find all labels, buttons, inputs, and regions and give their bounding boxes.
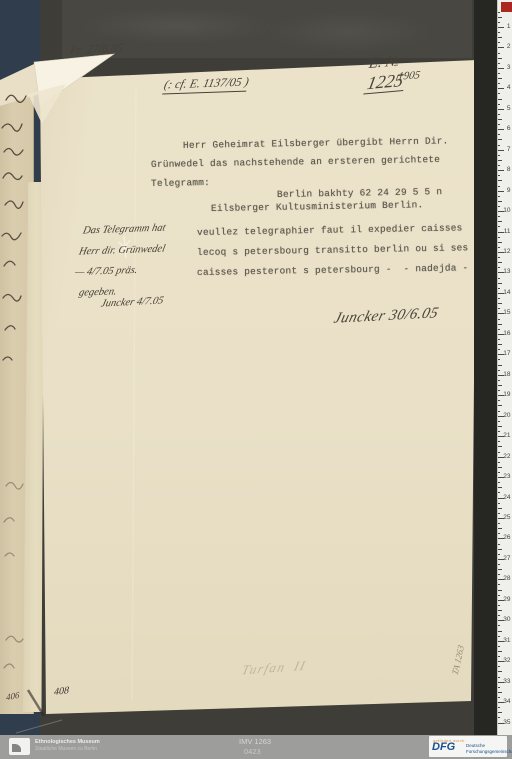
ruler-tick [498, 63, 500, 64]
ruler-tick [498, 124, 500, 125]
ruler-tick [498, 37, 502, 38]
ruler-number: 2 [507, 44, 511, 51]
footer-bar: Ethnologisches Museum Staatliche Museen … [0, 735, 512, 759]
ruler-tick [498, 717, 500, 718]
margin-note-line: gegeben. [78, 286, 118, 298]
ruler-tick [498, 405, 502, 406]
ruler-tick [498, 344, 502, 345]
ruler-tick [498, 677, 500, 678]
red-corner-marker [501, 2, 512, 12]
ruler-tick [498, 42, 500, 43]
ruler-tick [498, 22, 500, 23]
ruler-tick [498, 288, 500, 289]
ruler-tick [498, 697, 500, 698]
ruler-tick [498, 237, 500, 238]
ruler-tick [498, 421, 500, 422]
ruler-tick [498, 707, 500, 708]
ruler-tick [498, 544, 500, 545]
ruler-tick [498, 160, 502, 161]
ruler-tick [498, 595, 500, 596]
ruler-tick [498, 385, 502, 386]
ruler-number: 28 [503, 576, 510, 583]
ruler-tick [498, 339, 500, 340]
ruler-tick [498, 467, 502, 468]
ruler-tick [498, 370, 500, 371]
ruler-number: 27 [503, 556, 510, 563]
ruler-tick [498, 636, 500, 637]
ruler-tick [498, 380, 500, 381]
ruler-tick [498, 324, 502, 325]
ruler: cm 1234567891011121314151617181920212223… [497, 0, 512, 735]
ruler-number: 20 [503, 413, 510, 420]
ruler-tick [498, 426, 502, 427]
ruler-tick [498, 508, 502, 509]
ruler-number: 4 [507, 85, 511, 92]
received-date-note: Pr. 27/6.05 [69, 41, 125, 59]
page-number: 408 [54, 685, 69, 698]
institution-name: Ethnologisches Museum [35, 739, 100, 745]
ruler-tick [498, 441, 500, 442]
ruler-tick [498, 615, 500, 616]
ruler-tick [498, 365, 502, 366]
ruler-tick [498, 257, 500, 258]
ruler-number: 26 [503, 535, 510, 542]
ruler-number: 25 [503, 515, 510, 522]
ruler-tick [498, 513, 500, 514]
ruler-tick [498, 278, 500, 279]
ruler-tick [498, 114, 500, 115]
ruler-tick [498, 247, 500, 248]
dfg-org-name-line2: Forschungsgemeinschaft [466, 749, 512, 754]
document-page [0, 0, 512, 759]
ruler-number: 31 [503, 638, 510, 645]
ruler-number: 3 [507, 65, 511, 72]
ruler-tick [498, 99, 502, 100]
ruler-tick [498, 712, 502, 713]
ruler-tick [498, 17, 502, 18]
ruler-tick [498, 411, 500, 412]
ruler-tick [498, 554, 500, 555]
ruler-number: 16 [503, 331, 510, 338]
ruler-tick [498, 83, 500, 84]
ruler-number: 23 [503, 474, 510, 481]
ruler-tick [498, 53, 500, 54]
dfg-logo: gefördert durch DFG Deutsche Forschungsg… [429, 736, 507, 757]
ruler-tick [498, 319, 500, 320]
ruler-tick [498, 308, 500, 309]
ruler-tick [498, 390, 500, 391]
ruler-tick [498, 88, 504, 89]
ruler-tick [498, 73, 500, 74]
ruler-tick [498, 671, 502, 672]
ruler-number: 7 [507, 147, 511, 154]
ruler-tick [498, 93, 500, 94]
ruler-number: 9 [507, 188, 511, 195]
ruler-tick [498, 206, 500, 207]
ruler-tick [498, 109, 504, 110]
ruler-tick [498, 155, 500, 156]
ruler-number: 12 [503, 249, 510, 256]
image-number-label: 0423 [244, 747, 261, 756]
ruler-tick [498, 492, 500, 493]
ruler-tick [498, 303, 502, 304]
ruler-tick [498, 487, 502, 488]
ruler-number: 29 [503, 597, 510, 604]
ruler-tick [498, 12, 500, 13]
ruler-number: 34 [503, 699, 510, 706]
ruler-number: 13 [503, 269, 510, 276]
ruler-tick [498, 262, 502, 263]
ruler-number: 33 [503, 679, 510, 686]
museum-logo-icon [9, 738, 30, 755]
ruler-number: 22 [503, 454, 510, 461]
ruler-tick [498, 186, 500, 187]
dfg-acronym: DFG [432, 741, 455, 753]
ruler-tick [498, 329, 500, 330]
ruler-tick [498, 232, 504, 233]
ruler-tick [498, 651, 502, 652]
ruler-tick [498, 528, 502, 529]
ruler-tick [498, 226, 500, 227]
ruler-number: 21 [503, 433, 510, 440]
ruler-tick [498, 78, 502, 79]
ruler-tick [498, 400, 500, 401]
ruler-tick [498, 549, 502, 550]
ruler-tick [498, 656, 500, 657]
ruler-tick [498, 170, 504, 171]
ruler-tick [498, 216, 500, 217]
ruler-number: 6 [507, 126, 511, 133]
ruler-tick [498, 646, 500, 647]
ruler-tick [498, 165, 500, 166]
typed-intro-line: Telegramm: [151, 177, 210, 189]
ruler-tick [498, 503, 500, 504]
ruler-tick [498, 605, 500, 606]
ruler-tick [498, 139, 502, 140]
ruler-tick [498, 625, 500, 626]
ruler-number: 19 [503, 392, 510, 399]
ruler-tick [498, 267, 500, 268]
ruler-tick [498, 196, 500, 197]
ruler-tick [498, 68, 504, 69]
ruler-number: 14 [503, 290, 510, 297]
ruler-tick [498, 431, 500, 432]
ruler-tick [498, 58, 502, 59]
ruler-tick [498, 590, 502, 591]
ruler-tick [498, 119, 502, 120]
reference-note: (: cf. E. 1137/05 ) [162, 74, 250, 94]
ruler-tick [498, 472, 500, 473]
file-number-label: E. № [368, 53, 402, 72]
scanned-document-viewer: Pr. 27/6.05 E. № 1225 1905 (: cf. E. 113… [0, 0, 512, 759]
ruler-tick [498, 687, 500, 688]
ruler-tick [498, 283, 502, 284]
ruler-number: 35 [503, 720, 510, 727]
ruler-tick [498, 523, 500, 524]
ruler-number: 18 [503, 372, 510, 379]
ruler-tick [498, 584, 500, 585]
ruler-number: 1 [507, 24, 511, 31]
ruler-tick [498, 129, 504, 130]
ruler-tick [498, 462, 500, 463]
ruler-tick [498, 47, 504, 48]
ruler-tick [498, 180, 502, 181]
ruler-tick [498, 134, 500, 135]
ruler-tick [498, 298, 500, 299]
ruler-tick [498, 482, 500, 483]
ruler-number: 30 [503, 617, 510, 624]
ruler-tick [498, 104, 500, 105]
ruler-backing-strip [474, 0, 497, 735]
file-year: 1905 [397, 69, 421, 83]
ruler-tick [498, 452, 500, 453]
ruler-tick [498, 569, 502, 570]
ruler-tick [498, 446, 502, 447]
ruler-number: 11 [504, 229, 511, 236]
ruler-number: 15 [503, 310, 510, 317]
ruler-tick [498, 201, 502, 202]
ruler-number: 10 [503, 208, 510, 215]
ruler-tick [498, 242, 502, 243]
ruler-number: 32 [503, 658, 510, 665]
ruler-number: 24 [503, 495, 510, 502]
ruler-tick [498, 349, 500, 350]
institution-subtitle: Staatliche Museen zu Berlin [35, 746, 97, 752]
ruler-tick [498, 359, 500, 360]
ruler-number: 5 [507, 106, 511, 113]
ruler-tick [498, 150, 504, 151]
ruler-tick [498, 191, 504, 192]
ruler-tick [498, 564, 500, 565]
ruler-number: 8 [507, 167, 511, 174]
ruler-number: 17 [503, 351, 510, 358]
ruler-tick [498, 574, 500, 575]
margin-note-line: — 4/7.05 präs. [74, 265, 139, 278]
ruler-tick [498, 145, 500, 146]
ruler-tick [498, 221, 502, 222]
shelfmark-label: IMV 1263 [239, 737, 271, 746]
museum-logo-glyph-icon [12, 744, 21, 752]
ruler-tick [498, 175, 500, 176]
ruler-tick [498, 631, 502, 632]
ruler-tick [498, 610, 502, 611]
ruler-tick [498, 666, 500, 667]
dfg-org-name-line1: Deutsche [466, 743, 485, 748]
ruler-tick [498, 27, 504, 28]
ruler-tick [498, 533, 500, 534]
ruler-tick [498, 692, 502, 693]
ruler-tick [498, 32, 500, 33]
